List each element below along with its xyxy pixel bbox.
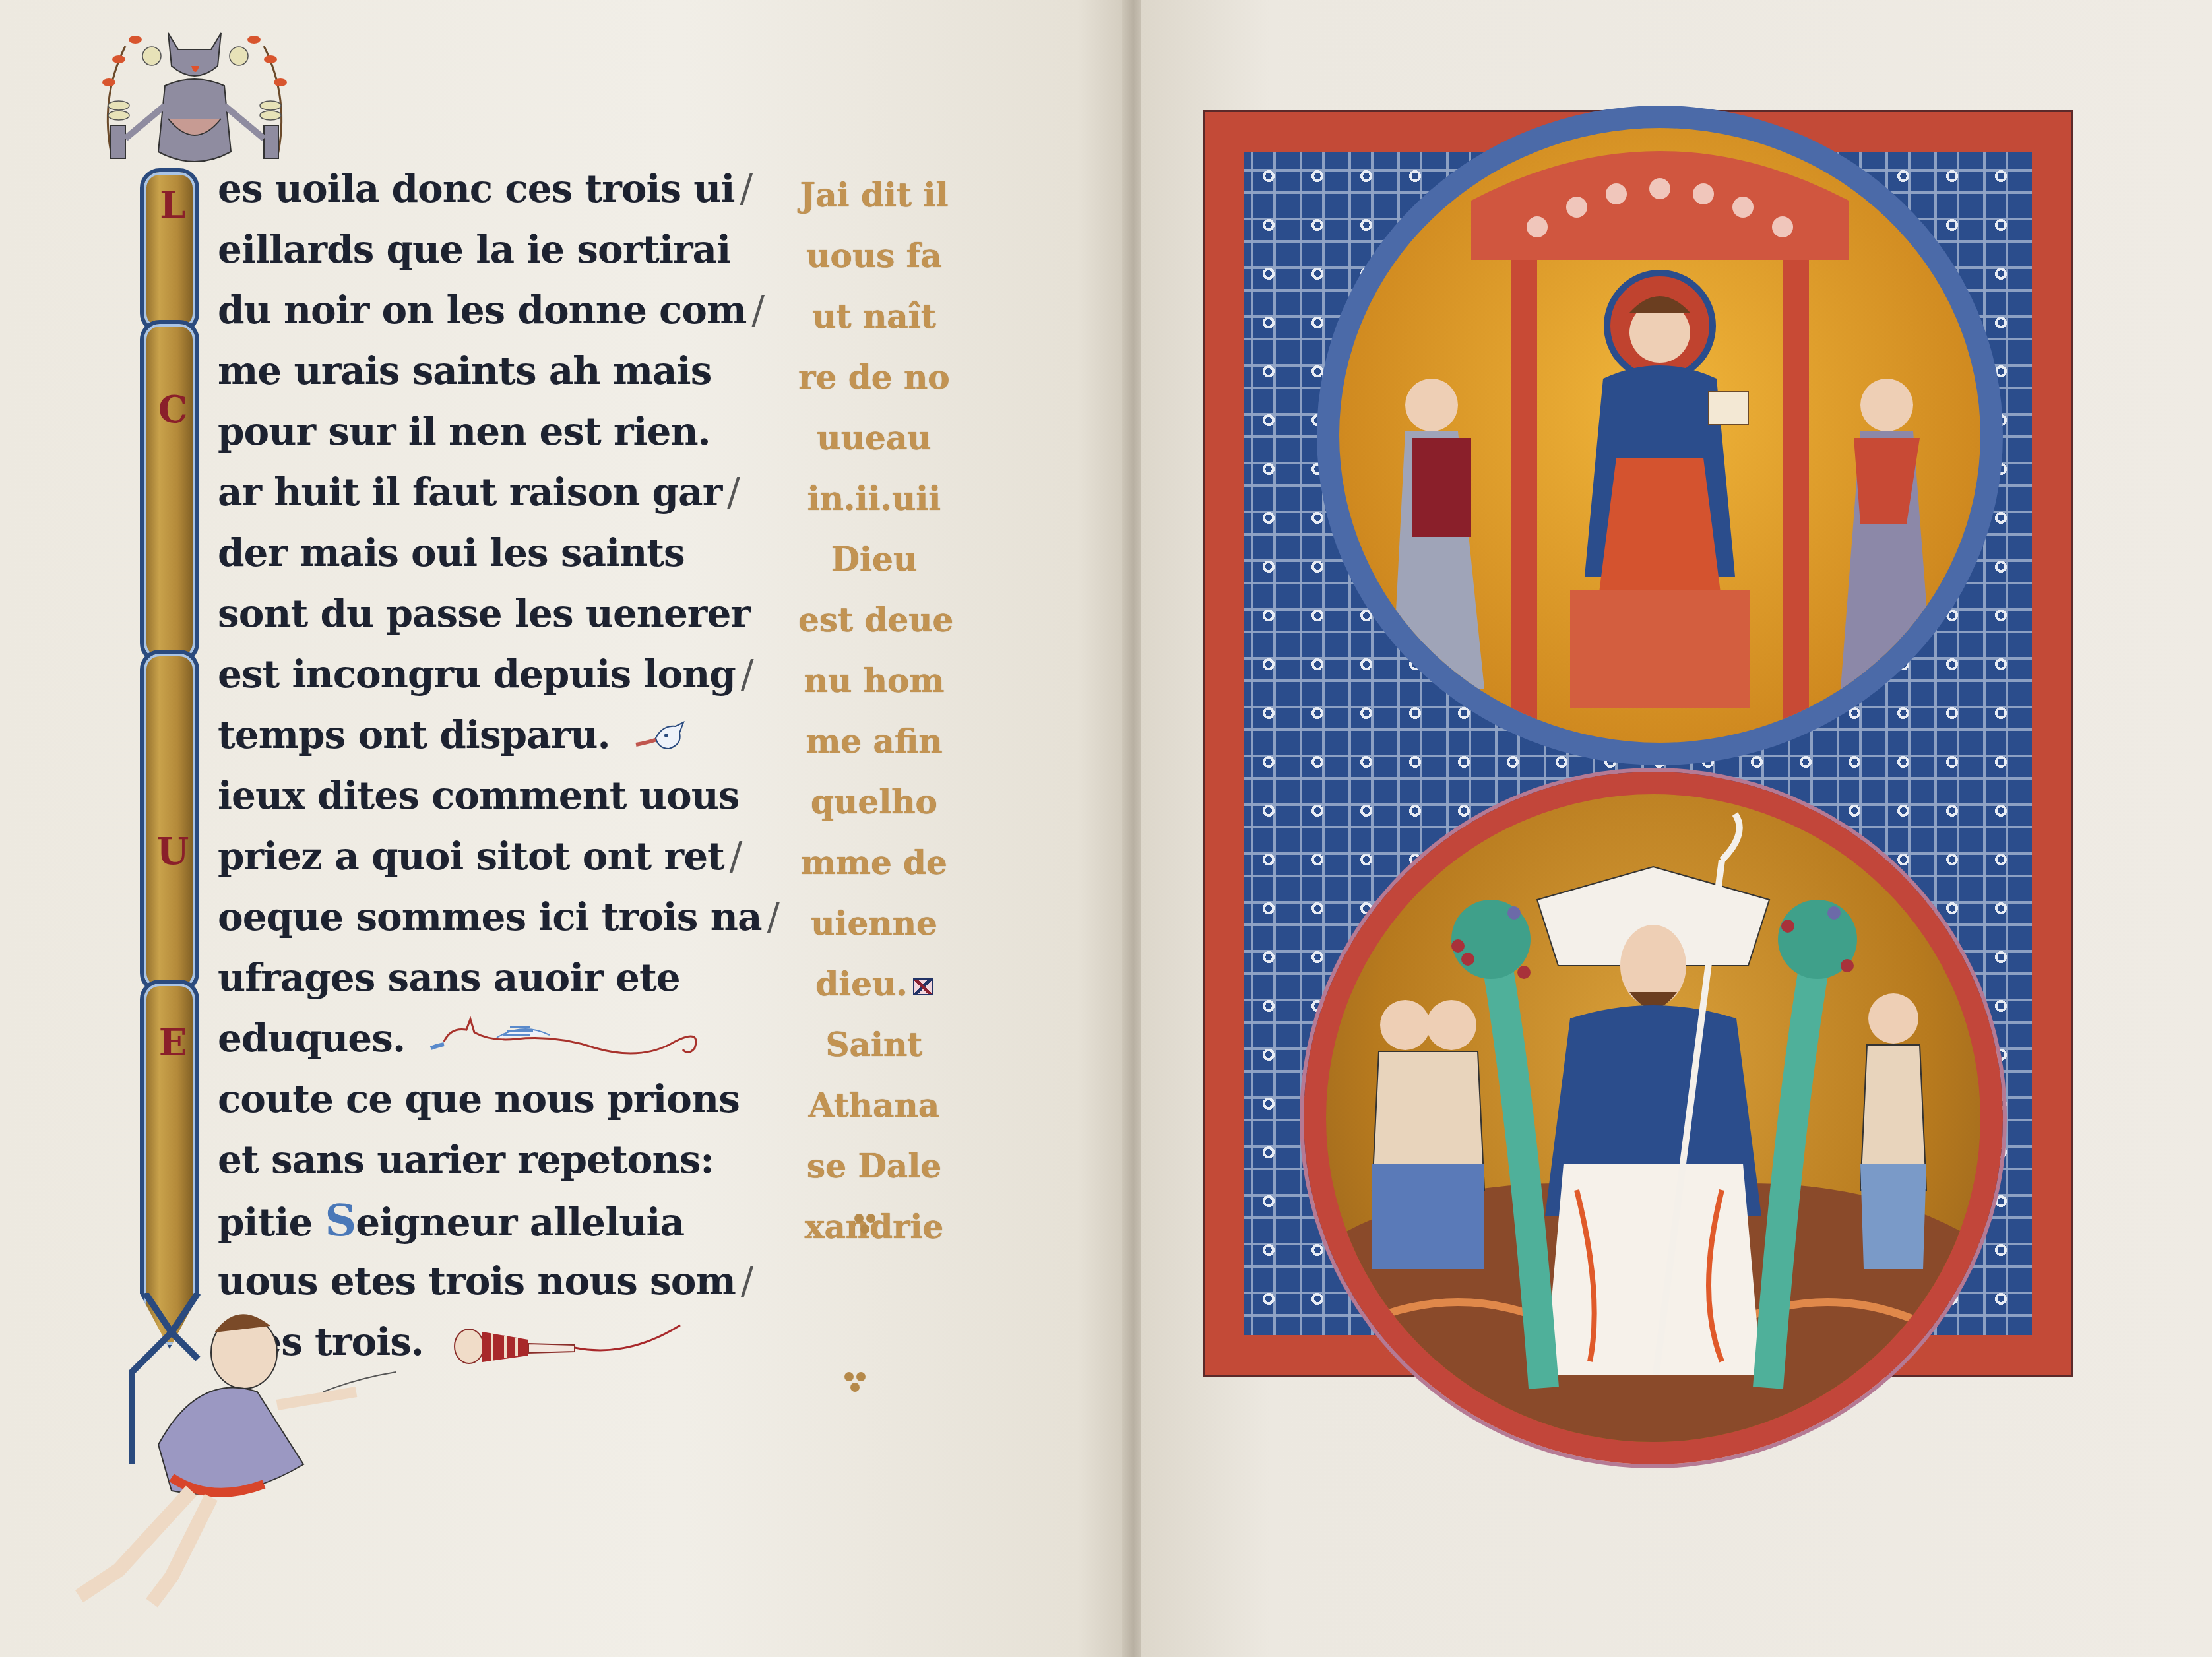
line-hyphen: /: [751, 288, 764, 332]
line-text: sont du passe les uenerer: [218, 591, 750, 636]
text-line: eillards que la ie sortirai: [218, 219, 739, 280]
initial-letter: L: [148, 185, 198, 225]
text-line: sont du passe les uenerer: [218, 583, 739, 644]
gloss-line: Athana: [798, 1075, 950, 1136]
line-text: coute ce que nous prions: [218, 1077, 740, 1121]
text-line: es uoila donc ces trois ui/: [218, 158, 739, 219]
gloss-line: dieu.: [798, 954, 950, 1015]
line-hyphen: /: [730, 834, 742, 879]
line-text: pitie: [218, 1200, 325, 1245]
line-text: eduques.: [218, 1016, 405, 1061]
reclining-figure-icon: [40, 1293, 409, 1636]
text-line: eduques.: [218, 1008, 739, 1069]
left-page: L C U E: [0, 0, 1135, 1657]
main-text-block: es uoila donc ces trois ui/ eillards que…: [218, 158, 739, 1372]
gloss-line: nu hom: [798, 650, 950, 711]
initial-segment: C: [140, 320, 199, 663]
text-line: temps ont disparu.: [218, 704, 739, 765]
line-text: es uoila donc ces trois ui: [218, 166, 735, 211]
gloss-line: uienne: [798, 893, 950, 954]
gloss-line: quelho: [798, 772, 950, 832]
text-line: ieux dites comment uous: [218, 765, 739, 826]
blue-capital: S: [325, 1195, 356, 1246]
decorated-initial-bar: L C U E: [140, 168, 199, 1290]
gloss-line: mme de: [798, 832, 950, 893]
text-line: der mais oui les saints: [218, 522, 739, 583]
christ-among-doctors-scene-icon: [1339, 128, 1980, 743]
line-text: temps ont disparu.: [218, 712, 610, 757]
text-line: du noir on les donne com/: [218, 280, 739, 340]
text-line: ufrages sans auoir ete: [218, 947, 739, 1008]
gloss-line: est deue: [798, 590, 950, 650]
gloss-column: Jai dit il uous fa ut naît re de no uuea…: [798, 165, 950, 1257]
line-text: priez a quoi sitot ont ret: [218, 834, 724, 879]
line-text: oeque sommes ici trois na: [218, 894, 761, 939]
gloss-line: uueau: [798, 408, 950, 468]
line-text: me urais saints ah mais: [218, 348, 711, 393]
initial-letter: E: [148, 1023, 198, 1063]
gloss-line: uous fa: [798, 226, 950, 286]
winged-dragon-icon: [424, 1015, 714, 1068]
line-hyphen: /: [741, 652, 753, 697]
initial-segment: L: [140, 168, 199, 333]
lower-medallion-bishop-enthroned: [1304, 772, 2003, 1464]
line-hyphen: /: [741, 1259, 753, 1303]
line-hyphen: /: [767, 894, 779, 939]
text-line: pour sur il nen est rien.: [218, 401, 739, 462]
line-text: pour sur il nen est rien.: [218, 409, 711, 454]
line-hyphen: /: [740, 166, 753, 211]
line-text: est incongru depuis long: [218, 652, 736, 697]
line-text: der mais oui les saints: [218, 530, 685, 575]
initial-letter: C: [148, 390, 198, 429]
line-text: eillards que la ie sortirai: [218, 227, 730, 272]
bird-head-grotesque-icon: [629, 718, 689, 758]
line-text: eigneur alleluia: [356, 1200, 684, 1245]
text-line: et sans uarier repetons:: [218, 1129, 739, 1190]
text-line: me urais saints ah mais: [218, 340, 739, 401]
hooded-head-icon: [443, 1319, 693, 1371]
gloss-line: re de no: [798, 347, 950, 408]
line-text: ieux dites comment uous: [218, 773, 739, 818]
gloss-line: Saint: [798, 1015, 950, 1075]
text-line: coute ce que nous prions: [218, 1069, 739, 1129]
text-line: pitie Seigneur alleluia: [218, 1190, 739, 1251]
bishop-between-vines-scene-icon: [1326, 794, 1980, 1442]
book-spread: L C U E: [0, 0, 2212, 1657]
text-line: ar huit il faut raison gar/: [218, 462, 739, 522]
initial-segment: U: [140, 650, 199, 993]
line-text: ufrages sans auoir ete: [218, 955, 680, 1000]
text-line: est incongru depuis long/: [218, 644, 739, 704]
line-text: et sans uarier repetons:: [218, 1137, 714, 1182]
illuminated-miniature: [1203, 110, 2073, 1377]
upper-medallion-christ-enthroned: [1317, 106, 2003, 765]
line-filler-square-icon: [913, 978, 933, 995]
text-line: oeque sommes ici trois na/: [218, 887, 739, 947]
initial-letter: U: [148, 832, 198, 871]
gloss-line: Dieu: [798, 529, 950, 590]
horned-grotesque-icon: [86, 20, 303, 178]
line-text: du noir on les donne com: [218, 288, 746, 332]
gloss-line: Jai dit il: [798, 165, 950, 226]
gloss-line: ut naît: [798, 286, 950, 347]
gloss-text: dieu.: [815, 964, 908, 1003]
text-line: priez a quoi sitot ont ret/: [218, 826, 739, 887]
triple-dot-ornament-icon: [854, 1214, 881, 1237]
gloss-line: me afin: [798, 711, 950, 772]
line-hyphen: /: [727, 470, 740, 515]
line-text: ar huit il faut raison gar: [218, 470, 722, 515]
triple-dot-ornament-icon: [844, 1372, 871, 1396]
gloss-line: se Dale: [798, 1136, 950, 1197]
gloss-line: in.ii.uii: [798, 468, 950, 529]
